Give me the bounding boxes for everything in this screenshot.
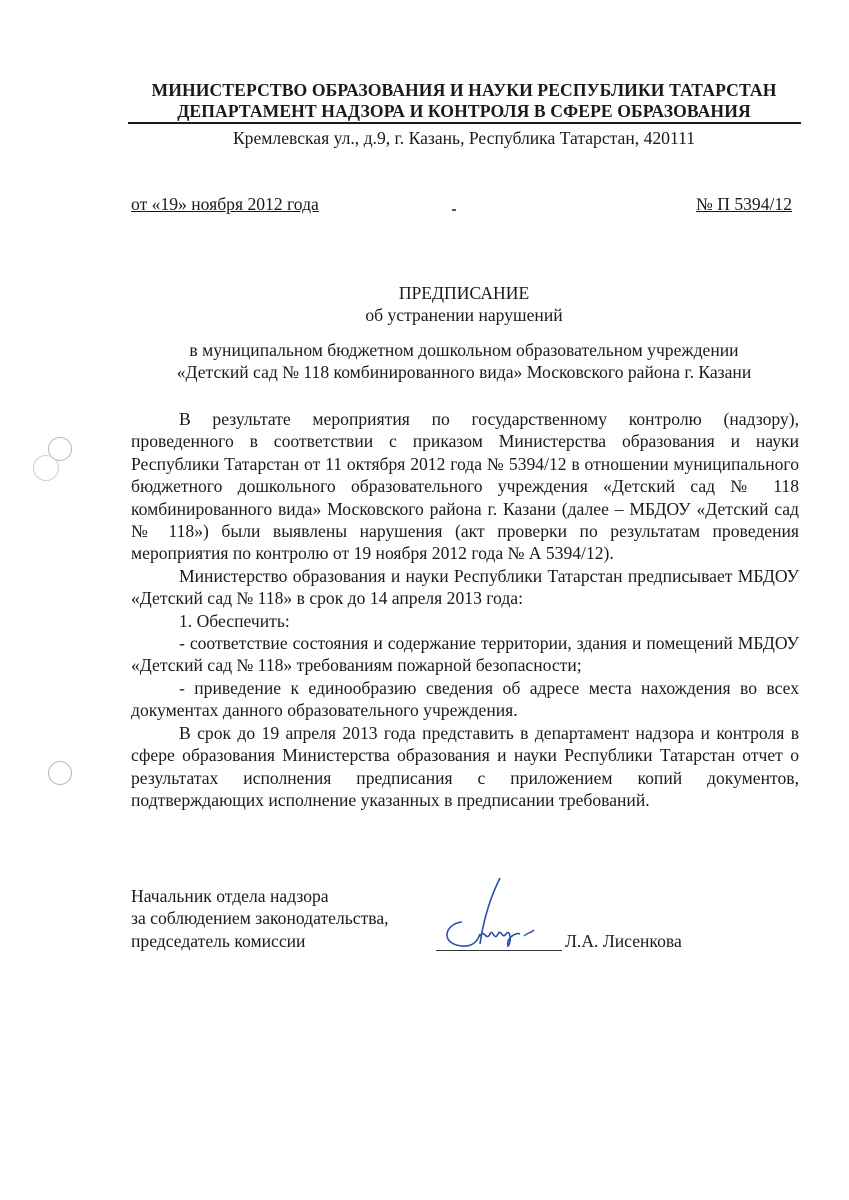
handwritten-signature-icon (440, 872, 570, 952)
address: Кремлевская ул., д.9, г. Казань, Республ… (128, 127, 800, 149)
paragraph-report: В срок до 19 апреля 2013 года представит… (131, 722, 799, 812)
punch-hole-mark (48, 761, 72, 785)
document-page: МИНИСТЕРСТВО ОБРАЗОВАНИЯ И НАУКИ РЕСПУБЛ… (0, 0, 849, 1200)
document-subtitle: об устранении нарушений (128, 304, 800, 326)
signatory-position: Начальник отдела надзора за соблюдением … (131, 885, 389, 952)
document-body: В результате мероприятия по государствен… (131, 408, 799, 811)
order-item-1: 1. Обеспечить: (131, 610, 799, 632)
document-number: № П 5394/12 (696, 193, 792, 215)
signatory-name: Л.А. Лисенкова (565, 930, 682, 952)
target-institution-line1: в муниципальном бюджетном дошкольном обр… (128, 339, 800, 361)
scan-speck (452, 209, 456, 211)
header-divider (128, 122, 801, 124)
signatory-position-line2: за соблюдением законодательства, (131, 907, 389, 929)
department-name: ДЕПАРТАМЕНТ НАДЗОРА И КОНТРОЛЯ В СФЕРЕ О… (128, 100, 800, 122)
target-institution-line2: «Детский сад № 118 комбинированного вида… (128, 361, 800, 383)
ministry-name: МИНИСТЕРСТВО ОБРАЗОВАНИЯ И НАУКИ РЕСПУБЛ… (128, 79, 800, 101)
signature-line (436, 950, 562, 951)
signatory-position-line3: председатель комиссии (131, 930, 389, 952)
punch-hole-mark (33, 455, 59, 481)
order-bullet-address: - приведение к единообразию сведения об … (131, 677, 799, 722)
paragraph-findings: В результате мероприятия по государствен… (131, 408, 799, 565)
paragraph-order: Министерство образования и науки Республ… (131, 565, 799, 610)
document-title: ПРЕДПИСАНИЕ (128, 282, 800, 304)
signatory-position-line1: Начальник отдела надзора (131, 885, 389, 907)
order-bullet-fire-safety: - соответствие состояния и содержание те… (131, 632, 799, 677)
document-date: от «19» ноября 2012 года (131, 193, 319, 215)
